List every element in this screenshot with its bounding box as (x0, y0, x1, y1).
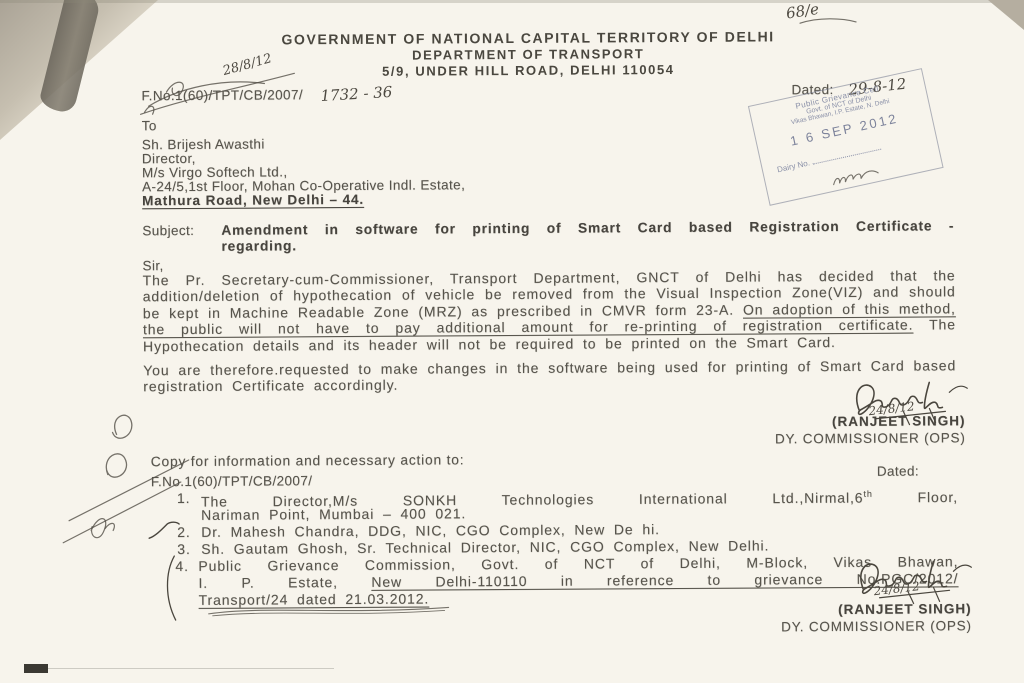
copy-item1-line1-tail: Floor, (873, 489, 958, 506)
signatory2-title: DY. COMMISSIONER (OPS) (647, 618, 972, 635)
to-label: To (142, 118, 157, 133)
underline-flourish (207, 602, 452, 617)
salutation: Sir, (142, 258, 163, 273)
stamp-diary-handwritten-number (827, 162, 885, 190)
copy-item1-superscript: th (863, 489, 872, 499)
signatory2-name: (RANJEET SINGH) (647, 601, 972, 618)
subject-label: Subject: (142, 223, 194, 238)
copy-item1-number: 1. (177, 490, 191, 506)
handwritten-flourish (798, 14, 858, 26)
signatory1-name: (RANJEET SINGH) (640, 413, 965, 430)
addressee-address2: Mathura Road, New Delhi – 44. (142, 192, 465, 208)
copy-item4-line2-text: I. P. Estate, (198, 574, 371, 591)
copy-item4-line2: I. P. Estate, New Delhi-110110 in refere… (198, 570, 958, 591)
file-number: F.No.1(60)/TPT/CB/2007/ (141, 87, 303, 103)
checkmark-scribble (147, 520, 181, 542)
copy-item2-number: 2. (177, 524, 191, 540)
copy-item4-number: 4. (175, 558, 189, 574)
copy-item2-text: Dr. Mahesh Chandra, DDG, NIC, CGO Comple… (201, 521, 660, 540)
body-paragraph-2: You are therefore.requested to make chan… (143, 357, 956, 395)
body-paragraph-1: The Pr. Secretary-cum-Commissioner, Tran… (143, 267, 956, 354)
received-stamp: Public Grievance Cell Govt. of NCT of De… (748, 68, 944, 206)
stamp-diary-label: Dairy No. (776, 158, 810, 174)
copy-item3-number: 3. (177, 541, 191, 557)
copy-dated-label: Dated: (877, 464, 919, 479)
scanned-letter-page: { "document": { "corner_note": "68/e", "… (0, 0, 1024, 683)
file-number-handwritten: 1732 - 36 (320, 83, 393, 105)
stamp-diary-dotted-line (811, 141, 881, 165)
copy-heading: Copy for information and necessary actio… (151, 452, 465, 469)
subject-text: Amendment in software for printing of Sm… (221, 218, 954, 254)
letter-sheet: 68/e GOVERNMENT OF NATIONAL CAPITAL TERR… (0, 0, 1024, 683)
addressee-block: Sh. Brijesh Awasthi Director, M/s Virgo … (142, 136, 466, 208)
copy-file-number: F.No.1(60)/TPT/CB/2007/ (151, 473, 313, 489)
signatory1-title: DY. COMMISSIONER (OPS) (641, 430, 966, 447)
copy-item1-line2: Nariman Point, Mumbai – 400 021. (201, 505, 466, 523)
